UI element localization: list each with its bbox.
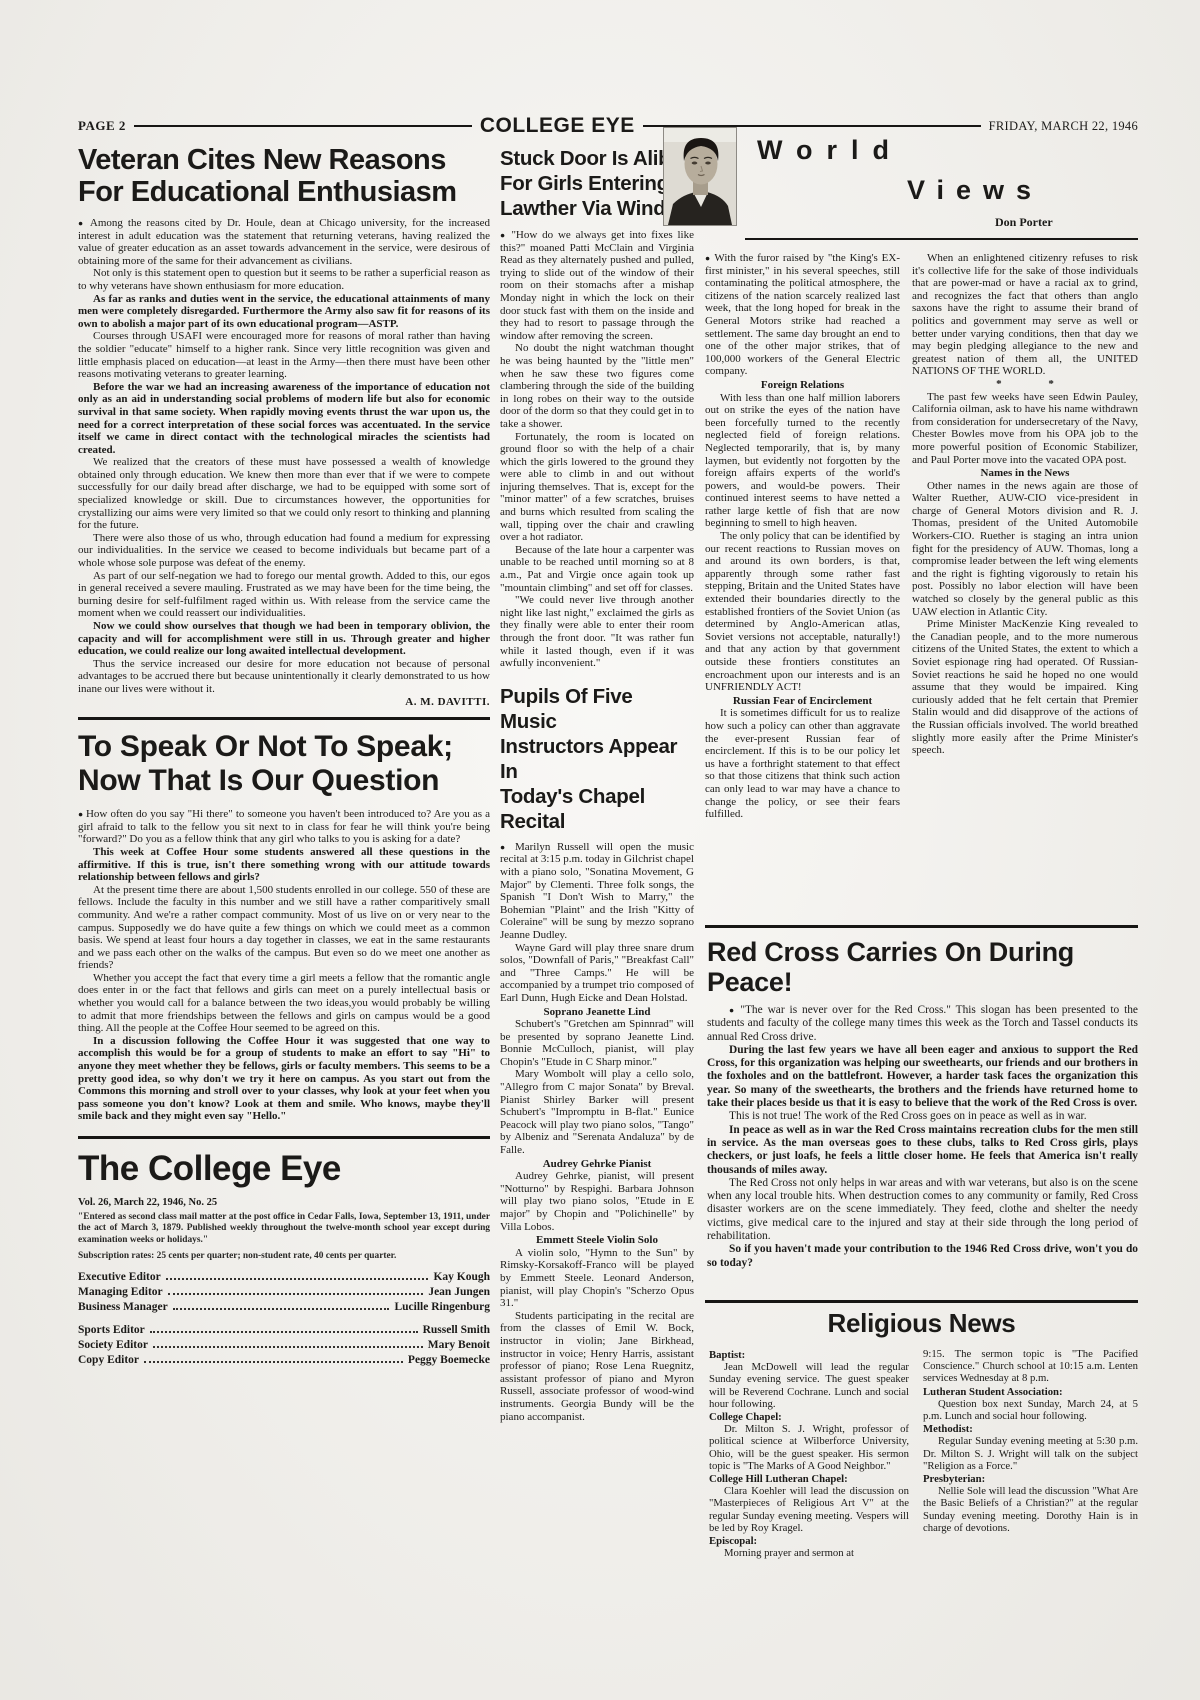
dot-leader <box>144 1361 403 1363</box>
worldviews-column-b: When an enlightened citizenry refuses to… <box>912 252 1138 926</box>
article-paragraph: At the present time there are about 1,50… <box>78 884 490 972</box>
editor-row: Copy EditorPeggy Boemecke <box>78 1353 490 1368</box>
article-paragraph: The Red Cross not only helps in war area… <box>707 1177 1138 1243</box>
article-paragraph: Morning prayer and sermon at <box>709 1547 909 1559</box>
article-paragraph: Jean McDowell will lead the regular Sund… <box>709 1361 909 1410</box>
tospeak-headline-line2: Now That Is Our Question <box>78 764 490 798</box>
recital-headline: Pupils Of Five Music Instructors Appear … <box>500 684 694 834</box>
editor-row: Business ManagerLucille Ringenburg <box>78 1300 490 1315</box>
article-paragraph: Not only is this statement open to quest… <box>78 267 490 292</box>
article-subhead: Foreign Relations <box>705 379 900 392</box>
article-paragraph: So if you haven't made your contribution… <box>707 1243 1138 1270</box>
editor-row: Sports EditorRussell Smith <box>78 1323 490 1338</box>
tospeak-headline-line1: To Speak Or Not To Speak; <box>78 730 490 764</box>
right-region: World Views Don Porter ● With the furor … <box>705 125 1138 1697</box>
article-paragraph: Question box next Sunday, March 24, at 5… <box>923 1398 1138 1422</box>
article-paragraph: A violin solo, "Hymn to the Sun" by Rims… <box>500 1247 694 1310</box>
worldviews-rule <box>745 238 1138 240</box>
article-paragraph: ● "The war is never over for the Red Cro… <box>707 1004 1138 1044</box>
article-paragraph: Before the war we had an increasing awar… <box>78 381 490 457</box>
article-paragraph: With less than one half million laborers… <box>705 392 900 531</box>
masthead-box: The College Eye Vol. 26, March 22, 1946,… <box>78 1149 490 1368</box>
article-paragraph: Mary Wombolt will play a cello solo, "Al… <box>500 1068 694 1156</box>
religious-news-headline: Religious News <box>705 1308 1138 1339</box>
worldviews-byline: Don Porter <box>995 215 1053 230</box>
item-heading: Baptist: <box>709 1349 909 1361</box>
article-paragraph: In peace as well as in war the Red Cross… <box>707 1124 1138 1177</box>
editor-role: Copy Editor <box>78 1353 139 1368</box>
article-subhead: Emmett Steele Violin Solo <box>500 1234 694 1247</box>
editor-row: Managing EditorJean Jungen <box>78 1285 490 1300</box>
article-paragraph: Students participating in the recital ar… <box>500 1310 694 1423</box>
bullet-icon: ● <box>500 842 515 852</box>
article-paragraph: Clara Koehler will lead the discussion o… <box>709 1485 909 1534</box>
redcross-article: Red Cross Carries On During Peace! ● "Th… <box>707 937 1138 1270</box>
religious-news-left-column: Baptist:Jean McDowell will lead the regu… <box>709 1348 909 1559</box>
article-paragraph: Fortunately, the room is located on grou… <box>500 431 694 544</box>
article-paragraph: Thus the service increased our desire fo… <box>78 658 490 696</box>
article-paragraph: ● With the furor raised by "the King's E… <box>705 252 900 378</box>
bullet-icon: ● <box>500 230 511 240</box>
editor-name: Russell Smith <box>423 1323 490 1338</box>
section-divider <box>78 717 490 720</box>
article-paragraph: ● Among the reasons cited by Dr. Houle, … <box>78 217 490 267</box>
bullet-icon: ● <box>78 218 90 228</box>
article-subhead: Audrey Gehrke Pianist <box>500 1158 694 1171</box>
dot-leader <box>168 1293 424 1295</box>
article-paragraph: This is not true! The work of the Red Cr… <box>707 1110 1138 1123</box>
veteran-headline: Veteran Cites New Reasons For Educationa… <box>78 144 490 208</box>
article-paragraph: In a discussion following the Coffee Hou… <box>78 1035 490 1123</box>
editor-row: Executive EditorKay Kough <box>78 1270 490 1285</box>
volume-line: Vol. 26, March 22, 1946, No. 25 <box>78 1197 490 1208</box>
subscription-rates: Subscription rates: 25 cents per quarter… <box>78 1251 490 1261</box>
veteran-article-body: ● Among the reasons cited by Dr. Houle, … <box>78 217 490 708</box>
religious-news-section: Religious News Baptist:Jean McDowell wil… <box>705 1308 1138 1559</box>
editor-name: Jean Jungen <box>428 1285 490 1300</box>
masthead-title: The College Eye <box>78 1149 490 1189</box>
item-heading: College Hill Lutheran Chapel: <box>709 1473 909 1485</box>
worldviews-column-a: ● With the furor raised by "the King's E… <box>705 252 900 926</box>
veteran-headline-line1: Veteran Cites New Reasons <box>78 144 490 176</box>
article-paragraph: Regular Sunday evening meeting at 5:30 p… <box>923 1435 1138 1472</box>
recital-article-body: ● Marilyn Russell will open the music re… <box>500 841 694 1423</box>
article-paragraph: "We could never live through another nig… <box>500 594 694 670</box>
article-paragraph: Audrey Gehrke, pianist, will present "No… <box>500 1170 694 1233</box>
section-divider <box>705 925 1138 928</box>
article-paragraph: Nellie Sole will lead the discussion "Wh… <box>923 1485 1138 1534</box>
article-paragraph: ● "How do we always get into fixes like … <box>500 229 694 342</box>
dot-leader <box>173 1308 390 1310</box>
article-paragraph: ● Marilyn Russell will open the music re… <box>500 841 694 942</box>
recital-headline-line1: Pupils Of Five Music <box>500 684 694 734</box>
article-byline: A. M. DAVITTI. <box>78 696 490 709</box>
item-heading: Lutheran Student Association: <box>923 1386 1138 1398</box>
middle-column: Stuck Door Is Alibi For Girls Entering L… <box>500 146 694 1423</box>
article-paragraph: Wayne Gard will play three snare drum so… <box>500 942 694 1005</box>
editor-role: Society Editor <box>78 1338 148 1353</box>
redcross-article-body: ● "The war is never over for the Red Cro… <box>707 1004 1138 1270</box>
worldviews-title-views: Views <box>907 175 1043 206</box>
bullet-icon: ● <box>729 1005 740 1015</box>
redcross-headline: Red Cross Carries On During Peace! <box>707 937 1138 997</box>
article-paragraph: There were also those of us who, through… <box>78 532 490 570</box>
veteran-headline-line2: For Educational Enthusiasm <box>78 176 490 208</box>
editor-row: Society EditorMary Benoit <box>78 1338 490 1353</box>
item-heading: Presbyterian: <box>923 1473 1138 1485</box>
dot-leader <box>150 1331 418 1333</box>
newspaper-page: PAGE 2 COLLEGE EYE FRIDAY, MARCH 22, 194… <box>0 0 1200 1700</box>
editor-name: Mary Benoit <box>428 1338 490 1353</box>
article-paragraph: During the last few years we have all be… <box>707 1044 1138 1110</box>
dot-leader <box>166 1278 429 1280</box>
dot-leader <box>153 1346 423 1348</box>
article-paragraph: No doubt the night watchman thought he w… <box>500 342 694 430</box>
editor-role: Business Manager <box>78 1300 168 1315</box>
stars-separator: * * <box>912 378 1138 391</box>
editor-role: Managing Editor <box>78 1285 163 1300</box>
article-paragraph: Other names in the news again are those … <box>912 480 1138 619</box>
item-heading: Episcopal: <box>709 1535 909 1547</box>
article-paragraph: As part of our self-negation we had to f… <box>78 570 490 620</box>
recital-headline-line2: Instructors Appear In <box>500 734 694 784</box>
editor-name: Lucille Ringenburg <box>394 1300 490 1315</box>
worldviews-title-world: World <box>757 135 903 166</box>
page-number-label: PAGE 2 <box>78 118 126 134</box>
article-paragraph: Dr. Milton S. J. Wright, professor of po… <box>709 1423 909 1472</box>
article-paragraph: Courses through USAFI were encouraged mo… <box>78 330 490 380</box>
section-divider <box>78 1136 490 1139</box>
section-divider <box>705 1300 1138 1303</box>
bullet-icon: ● <box>78 809 86 819</box>
article-paragraph: This week at Coffee Hour some students a… <box>78 846 490 884</box>
tospeak-headline: To Speak Or Not To Speak; Now That Is Ou… <box>78 730 490 798</box>
article-subhead: Russian Fear of Encirclement <box>705 695 900 708</box>
item-heading: Methodist: <box>923 1423 1138 1435</box>
article-subhead: Soprano Jeanette Lind <box>500 1006 694 1019</box>
article-paragraph: ● How often do you say "Hi there" to som… <box>78 808 490 846</box>
article-paragraph: It is sometimes difficult for us to real… <box>705 707 900 820</box>
editor-name: Peggy Boemecke <box>408 1353 490 1368</box>
stuckdoor-article-body: ● "How do we always get into fixes like … <box>500 229 694 670</box>
entry-notice: "Entered as second class mail matter at … <box>78 1212 490 1246</box>
editor-name: Kay Kough <box>433 1270 490 1285</box>
religious-news-right-column: 9:15. The sermon topic is "The Pacified … <box>923 1348 1138 1559</box>
article-paragraph: Now we could show ourselves that though … <box>78 620 490 658</box>
header-rule-left <box>134 125 472 127</box>
left-column: Veteran Cites New Reasons For Educationa… <box>78 144 490 1368</box>
religious-news-columns: Baptist:Jean McDowell will lead the regu… <box>705 1348 1138 1559</box>
article-paragraph: Schubert's "Gretchen am Spinnrad" will b… <box>500 1018 694 1068</box>
bullet-icon: ● <box>705 253 714 263</box>
editor-role: Sports Editor <box>78 1323 145 1338</box>
article-paragraph: 9:15. The sermon topic is "The Pacified … <box>923 1348 1138 1385</box>
article-paragraph: The past few weeks have seen Edwin Paule… <box>912 391 1138 467</box>
newspaper-name: COLLEGE EYE <box>480 114 635 138</box>
article-paragraph: When an enlightened citizenry refuses to… <box>912 252 1138 378</box>
tospeak-article-body: ● How often do you say "Hi there" to som… <box>78 808 490 1123</box>
item-heading: College Chapel: <box>709 1411 909 1423</box>
recital-headline-line3: Today's Chapel Recital <box>500 784 694 834</box>
article-paragraph: Because of the late hour a carpenter was… <box>500 544 694 594</box>
don-porter-photo <box>663 127 737 226</box>
editors-list: Executive EditorKay KoughManaging Editor… <box>78 1270 490 1368</box>
portrait-illustration <box>664 128 736 225</box>
article-paragraph: As far as ranks and duties went in the s… <box>78 293 490 331</box>
article-paragraph: Whether you accept the fact that every t… <box>78 972 490 1035</box>
article-subhead: Names in the News <box>912 467 1138 480</box>
article-paragraph: The only policy that can be identified b… <box>705 530 900 694</box>
article-paragraph: Prime Minister MacKenzie King revealed t… <box>912 618 1138 757</box>
editor-role: Executive Editor <box>78 1270 161 1285</box>
article-paragraph: We realized that the creators of these m… <box>78 456 490 532</box>
